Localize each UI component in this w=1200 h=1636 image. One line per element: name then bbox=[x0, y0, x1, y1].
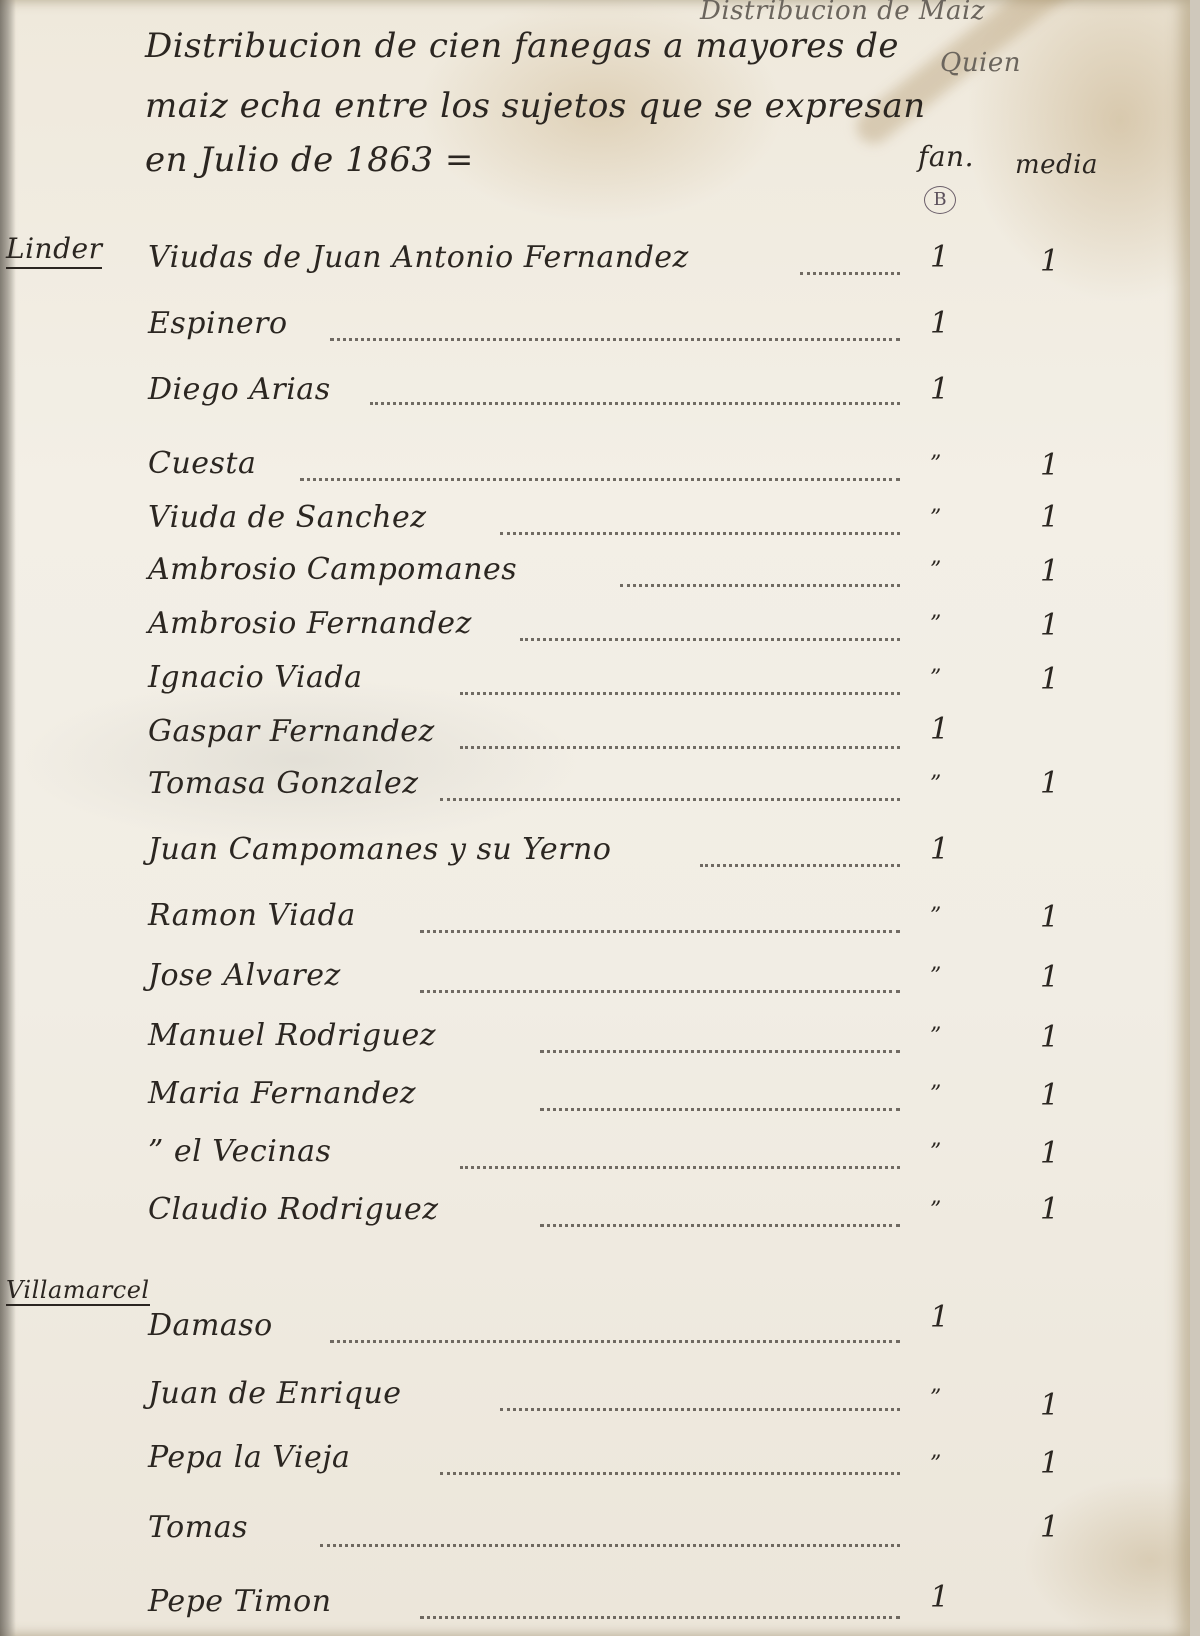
value-fanegas: ” bbox=[930, 904, 942, 929]
value-media: 1 bbox=[1040, 1510, 1060, 1545]
entry-name: Ambrosio Campomanes bbox=[148, 552, 517, 587]
value-fanegas: 1 bbox=[930, 1580, 950, 1615]
value-media: 1 bbox=[1040, 662, 1060, 697]
title-line-2: maiz echa entre los sujetos que se expre… bbox=[145, 86, 926, 126]
manuscript-page: Distribucion de Maiz Distribucion de cie… bbox=[0, 0, 1190, 1636]
value-fanegas: ” bbox=[930, 612, 942, 637]
value-media: 1 bbox=[1040, 608, 1060, 643]
value-media: 1 bbox=[1040, 554, 1060, 589]
value-fanegas: ” bbox=[930, 1140, 942, 1165]
title-line-1: Distribucion de cien fanegas a mayores d… bbox=[145, 26, 899, 66]
circled-mark: B bbox=[924, 186, 956, 214]
value-media: 1 bbox=[1040, 1192, 1060, 1227]
leader-dots bbox=[420, 1612, 900, 1619]
value-media: 1 bbox=[1040, 1446, 1060, 1481]
entry-name: Viudas de Juan Antonio Fernandez bbox=[148, 240, 689, 275]
value-media: 1 bbox=[1040, 960, 1060, 995]
leader-dots bbox=[420, 926, 900, 933]
value-media: 1 bbox=[1040, 448, 1060, 483]
leader-dots bbox=[320, 1540, 900, 1547]
column-header-media: media bbox=[1015, 150, 1098, 180]
entry-name: Tomas bbox=[148, 1510, 248, 1545]
value-media: 1 bbox=[1040, 1020, 1060, 1055]
value-fanegas: 1 bbox=[930, 240, 950, 275]
value-media: 1 bbox=[1040, 766, 1060, 801]
entry-name: Ramon Viada bbox=[148, 898, 356, 933]
value-fanegas: ” bbox=[930, 1452, 942, 1477]
column-group-header: Quien bbox=[940, 48, 1021, 78]
section-label-villamarcel: Villamarcel bbox=[6, 1276, 126, 1304]
leader-dots bbox=[500, 1404, 900, 1411]
value-media: 1 bbox=[1040, 244, 1060, 279]
value-fanegas: ” bbox=[930, 558, 942, 583]
leader-dots bbox=[440, 1468, 900, 1475]
section-label-text: Villamarcel bbox=[6, 1276, 150, 1306]
value-media: 1 bbox=[1040, 900, 1060, 935]
leader-dots bbox=[540, 1104, 900, 1111]
value-fanegas: ” bbox=[930, 1198, 942, 1223]
value-fanegas: ” bbox=[930, 666, 942, 691]
leader-dots bbox=[370, 398, 900, 405]
leader-dots bbox=[460, 688, 900, 695]
leader-dots bbox=[520, 634, 900, 641]
value-fanegas: ” bbox=[930, 452, 942, 477]
value-fanegas: ” bbox=[930, 506, 942, 531]
value-fanegas: ” bbox=[930, 964, 942, 989]
value-fanegas: 1 bbox=[930, 306, 950, 341]
leader-dots bbox=[330, 1336, 900, 1343]
leader-dots bbox=[330, 334, 900, 341]
leader-dots bbox=[460, 742, 900, 749]
entry-name: Juan Campomanes y su Yerno bbox=[148, 832, 611, 867]
entry-name: Espinero bbox=[148, 306, 288, 341]
leader-dots bbox=[460, 1162, 900, 1169]
column-header-fanegas: fan. bbox=[918, 140, 974, 173]
entry-name: Manuel Rodriguez bbox=[148, 1018, 436, 1053]
entry-name: Pepe Timon bbox=[148, 1584, 332, 1619]
leader-dots bbox=[540, 1046, 900, 1053]
entry-name: Ambrosio Fernandez bbox=[148, 606, 472, 641]
leader-dots bbox=[540, 1220, 900, 1227]
value-fanegas: 1 bbox=[930, 712, 950, 747]
entry-name: Ignacio Viada bbox=[148, 660, 362, 695]
value-fanegas: ” bbox=[930, 1082, 942, 1107]
entry-name: Juan de Enrique bbox=[148, 1376, 402, 1411]
faint-top-heading: Distribucion de Maiz bbox=[700, 0, 985, 26]
title-line-3: en Julio de 1863 = bbox=[145, 140, 474, 180]
entry-name: Maria Fernandez bbox=[148, 1076, 416, 1111]
entry-name: Tomasa Gonzalez bbox=[148, 766, 419, 801]
entry-name: Jose Alvarez bbox=[148, 958, 341, 993]
leader-dots bbox=[700, 860, 900, 867]
entry-name: Diego Arias bbox=[148, 372, 331, 407]
section-label-linder: Linder bbox=[6, 232, 102, 269]
value-media: 1 bbox=[1040, 1078, 1060, 1113]
value-media: 1 bbox=[1040, 1388, 1060, 1423]
value-media: 1 bbox=[1040, 1136, 1060, 1171]
entry-name: Claudio Rodriguez bbox=[148, 1192, 439, 1227]
leader-dots bbox=[420, 986, 900, 993]
leader-dots bbox=[800, 268, 900, 275]
leader-dots bbox=[300, 474, 900, 481]
leader-dots bbox=[500, 528, 900, 535]
entry-name: ” el Vecinas bbox=[148, 1134, 331, 1169]
value-fanegas: ” bbox=[930, 772, 942, 797]
value-fanegas: ” bbox=[930, 1024, 942, 1049]
value-fanegas: 1 bbox=[930, 832, 950, 867]
entry-name: Viuda de Sanchez bbox=[148, 500, 427, 535]
entry-name: Damaso bbox=[148, 1308, 273, 1343]
entry-name: Pepa la Vieja bbox=[148, 1440, 350, 1475]
value-media: 1 bbox=[1040, 500, 1060, 535]
value-fanegas: 1 bbox=[930, 1300, 950, 1335]
leader-dots bbox=[440, 794, 900, 801]
leader-dots bbox=[620, 580, 900, 587]
entry-name: Gaspar Fernandez bbox=[148, 714, 435, 749]
entry-name: Cuesta bbox=[148, 446, 256, 481]
value-fanegas: 1 bbox=[930, 372, 950, 407]
value-fanegas: ” bbox=[930, 1386, 942, 1411]
